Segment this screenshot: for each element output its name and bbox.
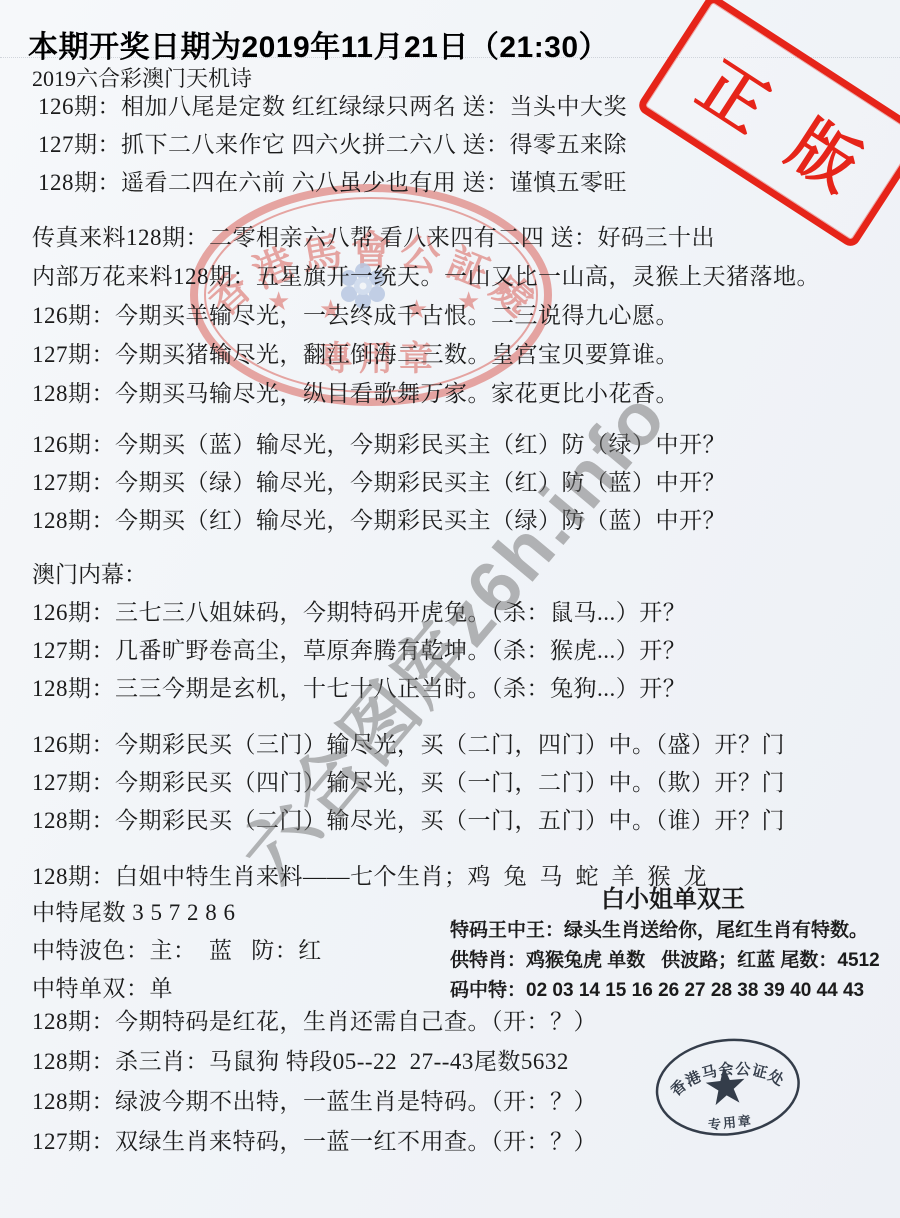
small-oval-seal: 香港马会公证处 专用章 (645, 1025, 816, 1153)
text-line: 128期：遥看二四在六前 六八虽少也有用 送：谨慎五零旺 (38, 164, 627, 202)
text-line: 供特肖：鸡猴兔虎 单数 供波路；红蓝 尾数：4512 (450, 946, 896, 976)
baijie-left-column: 中特尾数 3 5 7 2 8 6中特波色：主： 蓝 防：红中特单双：单 (32, 894, 322, 1008)
text-line: 128期：杀三肖：马鼠狗 特段05--22 27--43尾数5632 (32, 1042, 597, 1082)
right-column-heading: 白小姐单双王 (450, 884, 896, 916)
text-line: 128期：今期彩民买（二门）输尽光，买（一门，五门）中。（谁）开？门 (32, 802, 785, 840)
text-line: 127期：今期买猪输尽光，翻江倒海二三数。皇宫宝贝要算谁。 (32, 335, 820, 374)
text-line: 127期：今期彩民买（四门）输尽光，买（一门，二门）中。（欺）开？门 (32, 764, 785, 802)
section-tianjishi: 126期：相加八尾是定数 红红绿绿只两名 送：当头中大奖127期：抓下二八来作它… (38, 88, 627, 202)
text-line: 128期：今期特码是红花，生肖还需自己查。（开：？） (32, 1002, 597, 1042)
text-line: 中特尾数 3 5 7 2 8 6 (32, 894, 322, 932)
page-title: 本期开奖日期为2019年11月21日（21:30） (28, 22, 609, 66)
text-line: 127期：抓下二八来作它 四六火拼二六八 送：得零五来除 (38, 126, 627, 164)
lottery-tip-sheet: 香港馬會公証處 ★ ★ ★ ★ ★ 專用章 本期开奖日期为2019年11月21日… (0, 0, 900, 1218)
text-line: 127期：双绿生肖来特码，一蓝一红不用查。（开：？） (32, 1122, 597, 1162)
text-line: 中特波色：主： 蓝 防：红 (32, 932, 322, 970)
text-line: 传真来料128期：二零相亲六八帮 看八来四有二四 送：好码三十出 (32, 218, 820, 257)
text-line: 128期：今期买马输尽光，纵目看歌舞万家。家花更比小花香。 (32, 374, 820, 413)
section-bottom: 128期：今期特码是红花，生肖还需自己查。（开：？）128期：杀三肖：马鼠狗 特… (32, 1002, 597, 1162)
zhengban-stamp-text: 正版 (648, 11, 900, 231)
section-chuanzhen: 传真来料128期：二零相亲六八帮 看八来四有二四 送：好码三十出内部万花来料12… (32, 218, 820, 413)
text-line: 128期：绿波今期不出特，一蓝生肖是特码。（开：？） (32, 1082, 597, 1122)
text-line: 126期：相加八尾是定数 红红绿绿只两名 送：当头中大奖 (38, 88, 627, 126)
right-column-lines: 特码王中王：绿头生肖送给你，尾红生肖有特数。供特肖：鸡猴兔虎 单数 供波路；红蓝… (450, 916, 896, 1006)
section-heading-neimu: 澳门内幕： (32, 556, 147, 589)
text-line: 126期：三七三八姐妹码，今期特码开虎兔。（杀：鼠马...）开？ (32, 594, 686, 632)
small-seal-bottom-text: 专用章 (707, 1113, 753, 1133)
text-line: 126期：今期买羊输尽光，一去终成千古恨。二三说得九心愿。 (32, 296, 820, 335)
text-line: 内部万花来料128期：五星旗开一统天。一山又比一山高，灵猴上天猪落地。 (32, 257, 820, 296)
zhengban-stamp: 正版 (635, 0, 900, 250)
baijie-right-column: 白小姐单双王 特码王中王：绿头生肖送给你，尾红生肖有特数。供特肖：鸡猴兔虎 单数… (450, 884, 896, 1006)
text-line: 特码王中王：绿头生肖送给你，尾红生肖有特数。 (450, 916, 896, 946)
